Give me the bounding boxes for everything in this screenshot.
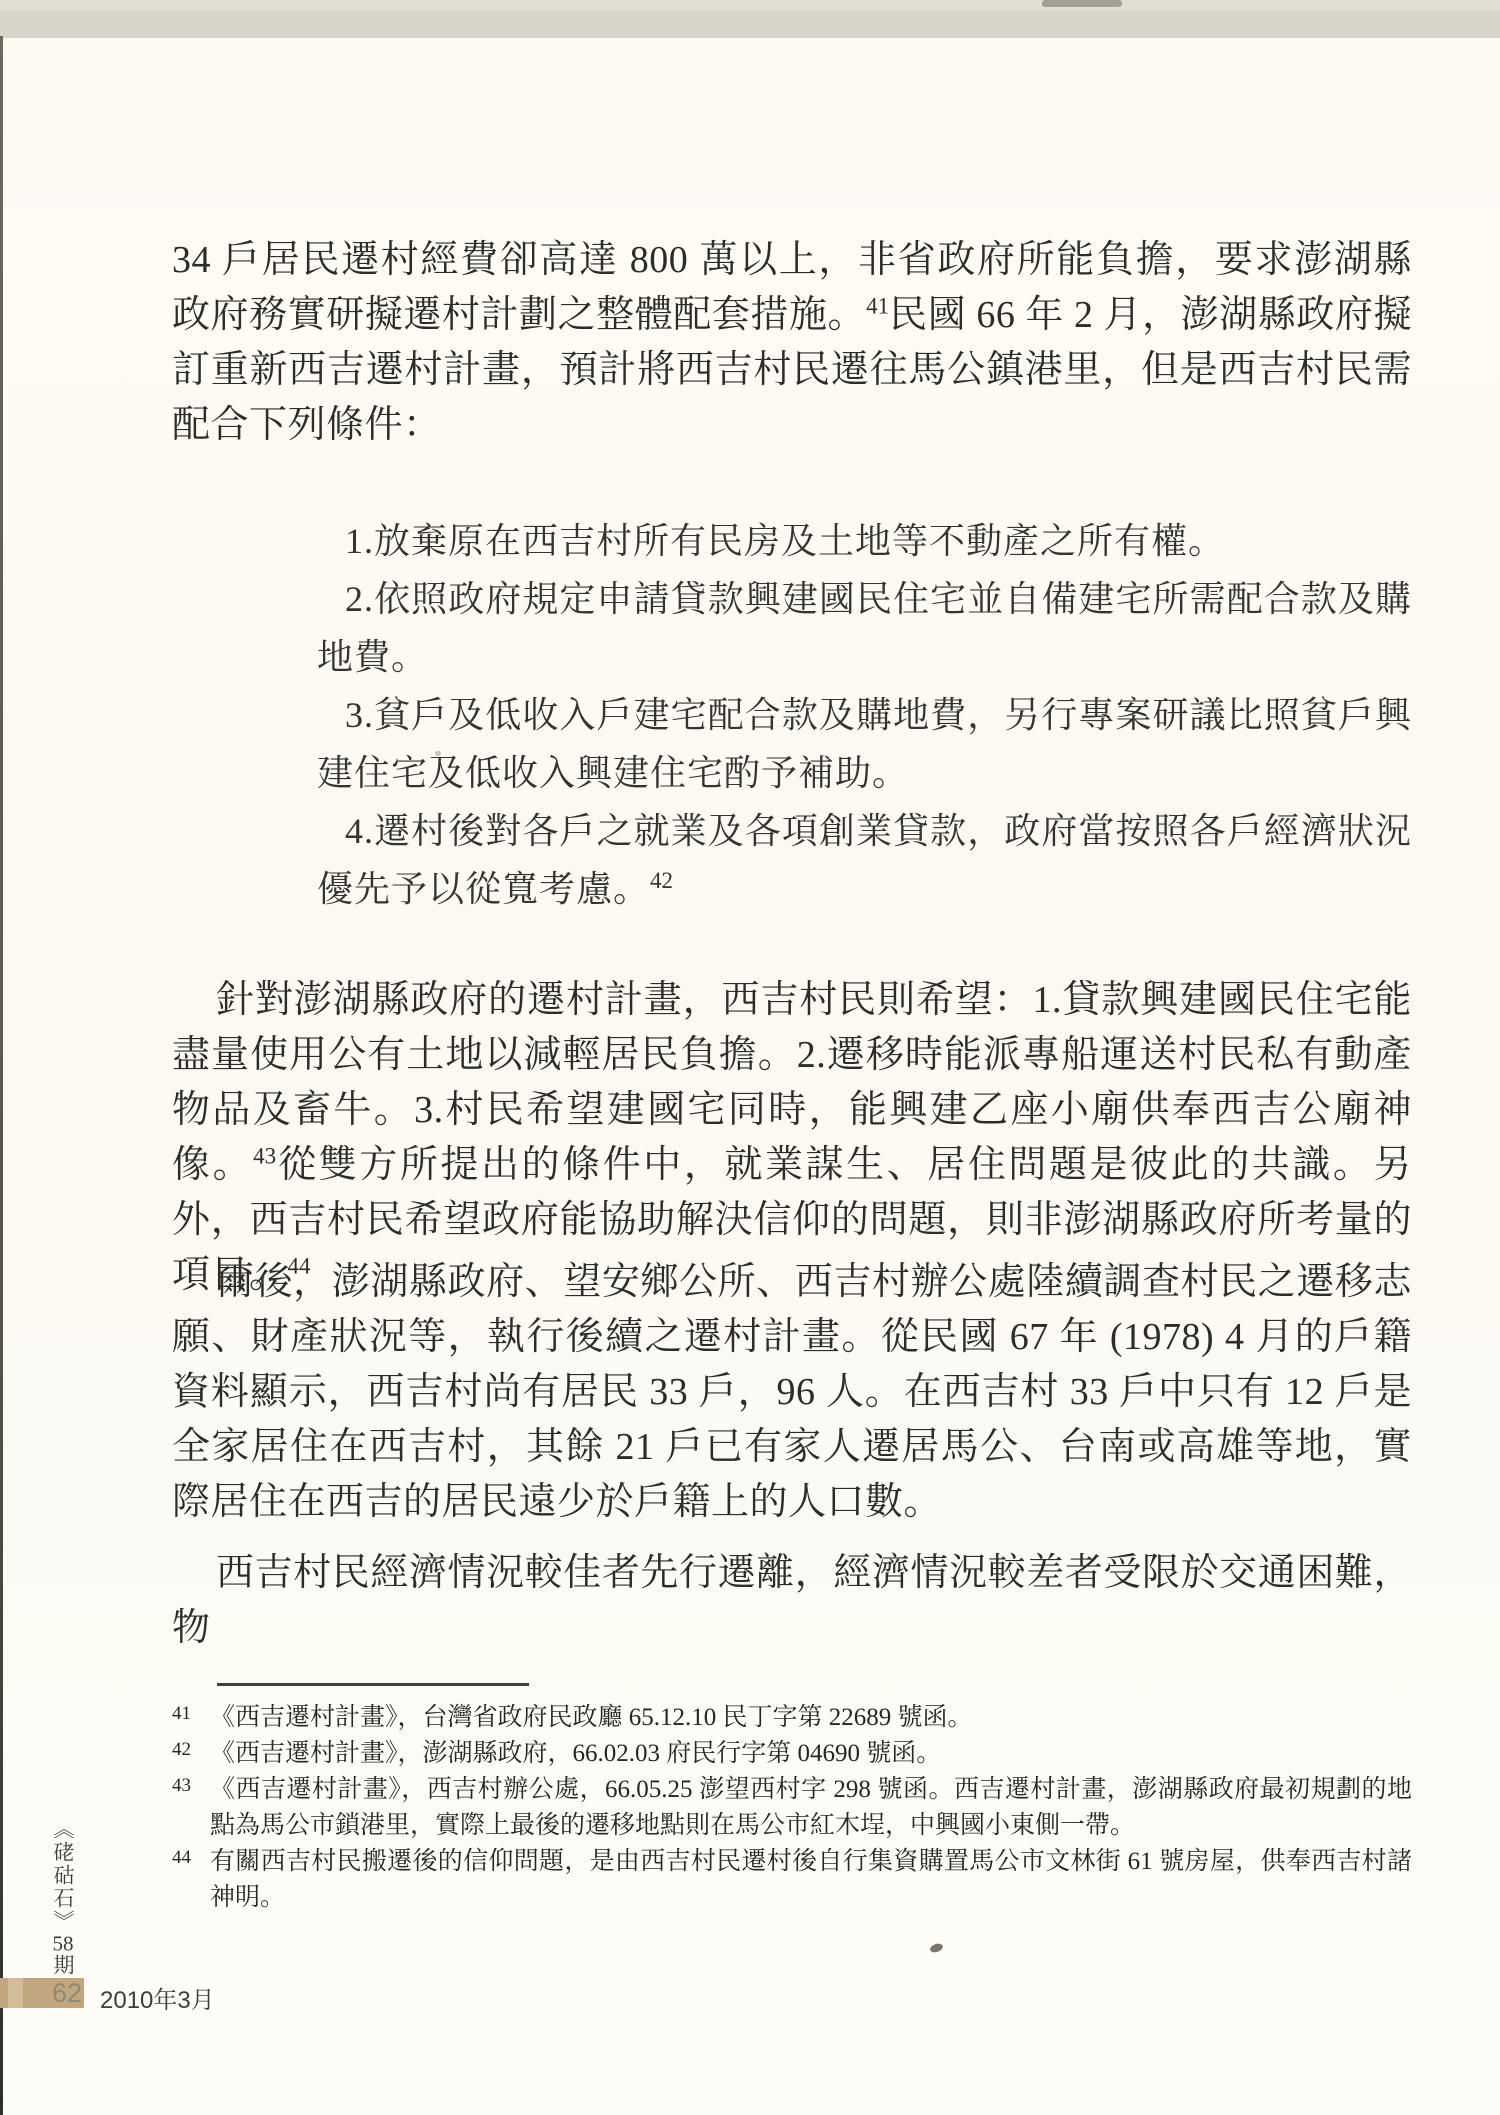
footnote-text: 有關西吉村民搬遷後的信仰問題，是由西吉村民遷村後自行集資購置馬公市文林街 61 …	[210, 1848, 1412, 1911]
condition-item-3: 3.貧戶及低收入戶建宅配合款及購地費，另行專案研議比照貧戶興建住宅及低收入興建住…	[317, 686, 1412, 802]
footnote-43: 43《西吉遷村計畫》，西吉村辦公處，66.05.25 澎望西村字 298 號函。…	[172, 1772, 1412, 1844]
scan-speck	[929, 1942, 944, 1954]
scan-top-band	[0, 0, 1500, 38]
issue-number: 58	[51, 1933, 75, 1954]
footnote-separator-rule	[217, 1683, 529, 1686]
issue-unit: 期	[51, 1954, 75, 1977]
footnote-number: 44	[172, 1840, 191, 1876]
footnote-42: 42《西吉遷村計畫》，澎湖縣政府，66.02.03 府民行字第 04690 號函…	[172, 1736, 1412, 1772]
footnote-text: 《西吉遷村計畫》，澎湖縣政府，66.02.03 府民行字第 04690 號函。	[210, 1740, 941, 1767]
footnote-ref-42: 42	[650, 868, 673, 893]
scan-edge-line	[0, 36, 3, 2115]
paragraph-household-survey: 爾後，澎湖縣政府、望安鄉公所、西吉村辦公處陸續調查村民之遷移志願、財產狀況等，執…	[172, 1255, 1412, 1530]
issue-date: 2010年3月	[100, 1980, 215, 2015]
footnote-number: 42	[172, 1732, 191, 1768]
condition-text: 4.遷村後對各戶之就業及各項創業貸款，政府當按照各戶經濟狀況優先予以從寬考慮。	[317, 811, 1412, 909]
paragraph-economic-status: 西吉村民經濟情況較佳者先行遷離，經濟情況較差者受限於交通困難，物	[172, 1546, 1412, 1656]
footnote-41: 41《西吉遷村計畫》，台灣省政府民政廳 65.12.10 民丁字第 22689 …	[172, 1700, 1412, 1736]
page-number-badge: 62	[0, 1978, 84, 2008]
footnote-text: 《西吉遷村計畫》，西吉村辦公處，66.05.25 澎望西村字 298 號函。西吉…	[210, 1776, 1412, 1839]
footnote-number: 43	[172, 1768, 191, 1804]
condition-item-2: 2.依照政府規定申請貸款興建國民住宅並自備建宅所需配合款及購地費。	[317, 570, 1412, 686]
page-number: 62	[52, 1978, 82, 2008]
scanned-journal-page: 34 戶居民遷村經費卻高達 800 萬以上，非省政府所能負擔，要求澎湖縣政府務實…	[0, 0, 1500, 2115]
condition-item-1: 1.放棄原在西吉村所有民房及土地等不動產之所有權。	[317, 512, 1412, 570]
journal-title-vertical: 《硓𥑮石》58期	[48, 1818, 78, 1983]
journal-name: 《硓𥑮石》	[51, 1818, 75, 1933]
footnote-text: 《西吉遷村計畫》，台灣省政府民政廳 65.12.10 民丁字第 22689 號函…	[210, 1704, 973, 1731]
scan-smudge	[1042, 0, 1122, 7]
footnote-ref-41: 41	[866, 293, 889, 318]
condition-item-4: 4.遷村後對各戶之就業及各項創業貸款，政府當按照各戶經濟狀況優先予以從寬考慮。4…	[317, 802, 1412, 918]
footnote-44: 44有關西吉村民搬遷後的信仰問題，是由西吉村民遷村後自行集資購置馬公市文林街 6…	[172, 1844, 1412, 1916]
paragraph-relocation-cost: 34 戶居民遷村經費卻高達 800 萬以上，非省政府所能負擔，要求澎湖縣政府務實…	[172, 233, 1412, 453]
paragraph-villagers-wishes: 針對澎湖縣政府的遷村計畫，西吉村民則希望：1.貸款興建國民住宅能盡量使用公有土地…	[172, 973, 1412, 1303]
relocation-conditions-list: 1.放棄原在西吉村所有民房及土地等不動產之所有權。 2.依照政府規定申請貸款興建…	[317, 512, 1412, 918]
footnote-number: 41	[172, 1696, 191, 1732]
footnote-ref-43: 43	[253, 1143, 276, 1168]
footnotes-block: 41《西吉遷村計畫》，台灣省政府民政廳 65.12.10 民丁字第 22689 …	[172, 1700, 1412, 1916]
